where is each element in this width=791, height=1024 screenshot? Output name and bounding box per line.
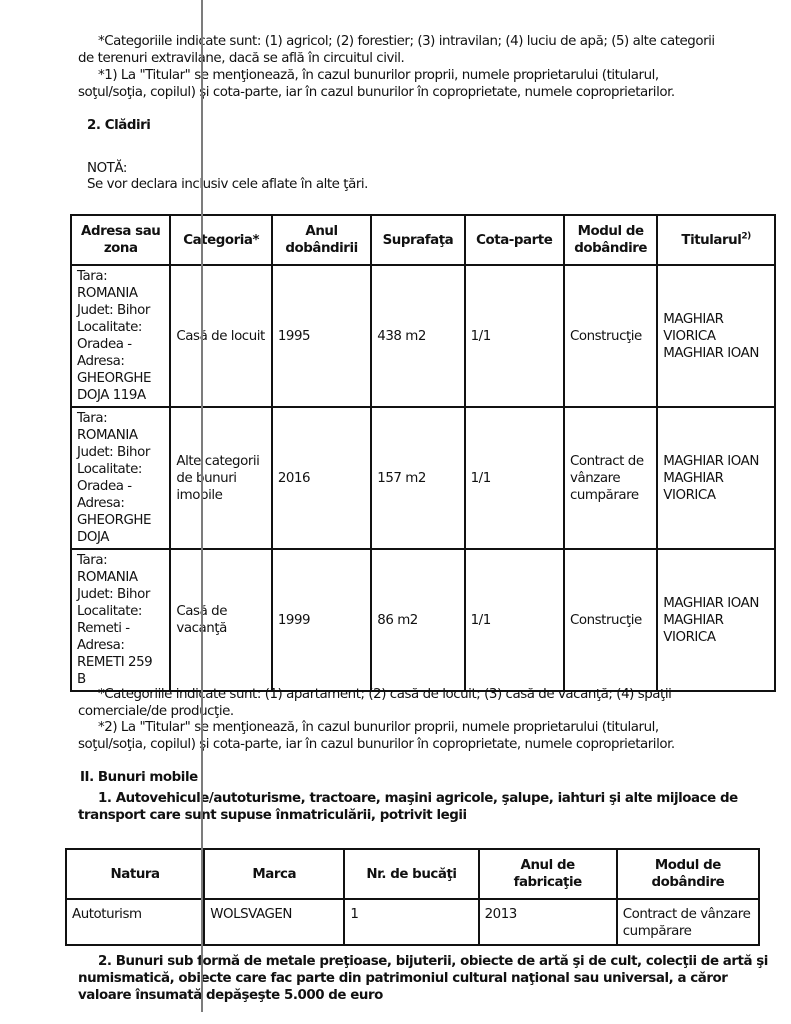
- cell-categoria: Casă de vacanţă: [170, 549, 271, 691]
- nota-label: NOTĂ:: [87, 160, 737, 177]
- col-header-titular: Titularul2): [657, 215, 775, 265]
- table-row: Tara: ROMANIA Judet: Bihor Localitate: R…: [71, 549, 775, 691]
- cell-titular: MAGHIAR VIORICA MAGHIAR IOAN: [657, 265, 775, 407]
- footnote-categorii-terenuri: *Categoriile indicate sunt: (1) agricol;…: [78, 33, 728, 67]
- cell-an-fabricatie: 2013: [479, 899, 617, 945]
- scan-artifact-line: [201, 0, 203, 1012]
- cell-categoria: Casă de locuit: [170, 265, 271, 407]
- footnote-categorii-cladiri: *Categoriile indicate sunt: (1) apartame…: [78, 686, 728, 720]
- col-header-suprafata: Suprafaţa: [371, 215, 464, 265]
- section-heading-cladiri: 2. Clădiri: [87, 117, 737, 134]
- table-row: Tara: ROMANIA Judet: Bihor Localitate: O…: [71, 265, 775, 407]
- cell-anul: 1995: [272, 265, 371, 407]
- cell-categoria: Alte categorii de bunuri imobile: [170, 407, 271, 549]
- cell-titular: MAGHIAR IOAN MAGHIAR VIORICA: [657, 407, 775, 549]
- cell-cota: 1/1: [465, 549, 564, 691]
- col-header-nr-bucati: Nr. de bucăţi: [344, 849, 478, 899]
- table-row: AutoturismWOLSVAGEN12013Contract de vânz…: [66, 899, 759, 945]
- table-row: Tara: ROMANIA Judet: Bihor Localitate: O…: [71, 407, 775, 549]
- titular-superscript: 2): [741, 231, 750, 241]
- cell-adresa: Tara: ROMANIA Judet: Bihor Localitate: O…: [71, 407, 170, 549]
- metale-pretioase-heading: 2. Bunuri sub formă de metale preţioase,…: [78, 953, 768, 1004]
- footnote-titular-cladiri: *2) La "Titular" se menţionează, în cazu…: [78, 719, 728, 753]
- cell-suprafata: 438 m2: [371, 265, 464, 407]
- cell-suprafata: 157 m2: [371, 407, 464, 549]
- cell-modul: Contract de vânzare cumpărare: [564, 407, 657, 549]
- cell-marca: WOLSVAGEN: [204, 899, 344, 945]
- autovehicule-table: Natura Marca Nr. de bucăţi Anul de fabri…: [65, 848, 760, 946]
- nota-text: Se vor declara inclusiv cele aflate în a…: [87, 176, 737, 193]
- cell-modul: Construcţie: [564, 549, 657, 691]
- cell-adresa: Tara: ROMANIA Judet: Bihor Localitate: R…: [71, 549, 170, 691]
- table-header-row: Adresa sau zona Categoria* Anul dobândir…: [71, 215, 775, 265]
- cell-anul: 2016: [272, 407, 371, 549]
- col-header-natura: Natura: [66, 849, 204, 899]
- cell-titular: MAGHIAR IOAN MAGHIAR VIORICA: [657, 549, 775, 691]
- document-page: *Categoriile indicate sunt: (1) agricol;…: [0, 0, 791, 1024]
- cladiri-table: Adresa sau zona Categoria* Anul dobândir…: [70, 214, 776, 692]
- col-header-cota: Cota-parte: [465, 215, 564, 265]
- col-header-modul: Modul de dobândire: [617, 849, 759, 899]
- cell-natura: Autoturism: [66, 899, 204, 945]
- col-header-adresa: Adresa sau zona: [71, 215, 170, 265]
- cell-modul: Contract de vânzare cumpărare: [617, 899, 759, 945]
- section-heading-bunuri-mobile: II. Bunuri mobile: [80, 769, 730, 786]
- col-header-marca: Marca: [204, 849, 344, 899]
- col-header-anul: Anul dobândirii: [272, 215, 371, 265]
- col-header-titular-label: Titularul: [681, 233, 741, 248]
- table-header-row: Natura Marca Nr. de bucăţi Anul de fabri…: [66, 849, 759, 899]
- autovehicule-heading: 1. Autovehicule/autoturisme, tractoare, …: [78, 790, 758, 824]
- cell-adresa: Tara: ROMANIA Judet: Bihor Localitate: O…: [71, 265, 170, 407]
- footnote-titular-terenuri: *1) La "Titular" se menţionează, în cazu…: [78, 67, 728, 101]
- cell-cota: 1/1: [465, 265, 564, 407]
- cell-suprafata: 86 m2: [371, 549, 464, 691]
- col-header-categoria: Categoria*: [170, 215, 271, 265]
- col-header-an-fabricatie: Anul de fabricaţie: [479, 849, 617, 899]
- cell-modul: Construcţie: [564, 265, 657, 407]
- cell-nr-bucati: 1: [344, 899, 478, 945]
- col-header-modul: Modul de dobândire: [564, 215, 657, 265]
- cell-cota: 1/1: [465, 407, 564, 549]
- cell-anul: 1999: [272, 549, 371, 691]
